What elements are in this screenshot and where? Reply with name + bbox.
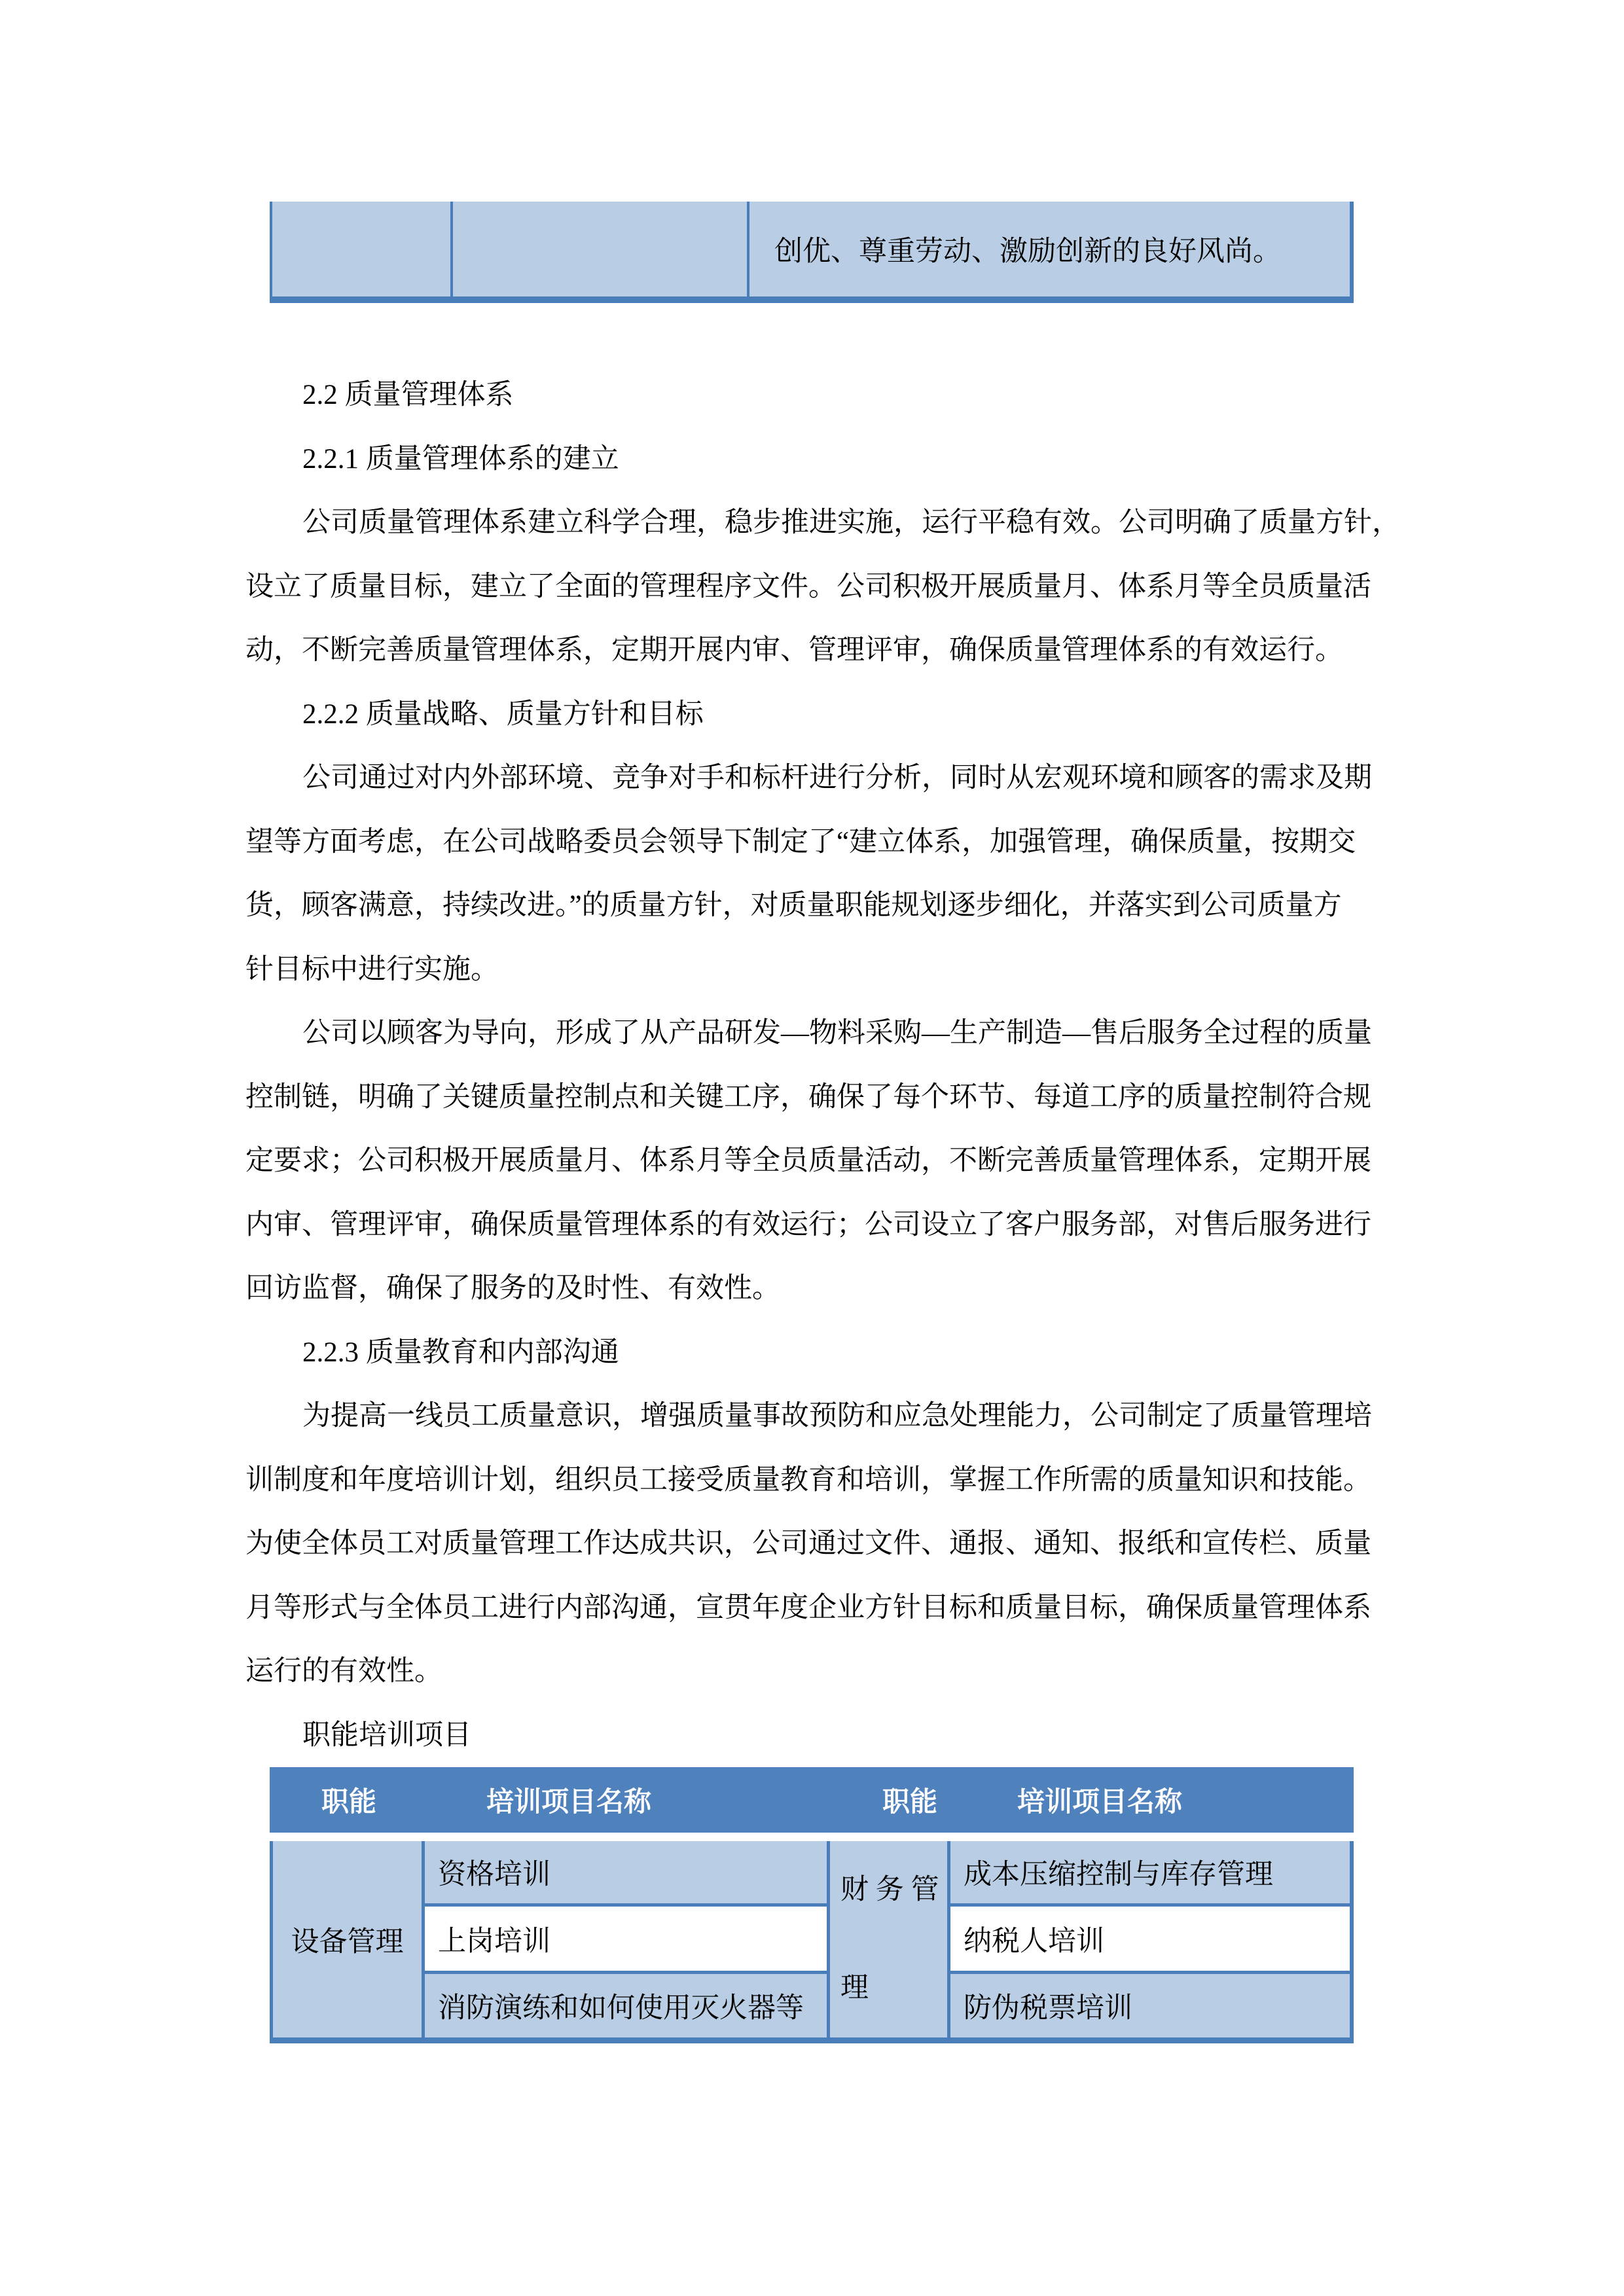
paragraph-line: 公司质量管理体系建立科学合理，稳步推进实施，运行平稳有效。公司明确了质量方针， [245,491,1398,555]
header-body-gap [270,1833,1354,1841]
function-label: 设备管理 [291,1920,404,1960]
table-caption: 职能培训项目 [245,1704,1398,1768]
function-label-line: 财 务 管 [840,1841,939,1939]
continued-table: 创优、尊重劳动、激励创新的良好风尚。 [270,202,1354,303]
paragraph-line: 公司通过对内外部环境、竞争对手和标杆进行分析，同时从宏观环境和顾客的需求及期 [245,746,1398,810]
training-item: 消防演练和如何使用灭火器等 [438,1986,804,2026]
training-table: 职能 培训项目名称 职能 培训项目名称 设备管理 资格培训 财 务 管 理 成本… [270,1767,1354,2043]
paragraph-line: 设立了质量目标，建立了全面的管理程序文件。公司积极开展质量月、体系月等全员质量活 [245,555,1398,619]
table-cell: 成本压缩控制与库存管理 [950,1841,1350,1903]
training-item: 成本压缩控制与库存管理 [964,1852,1273,1892]
paragraph-line: 月等形式与全体员工进行内部沟通，宣贯年度企业方针目标和质量目标，确保质量管理体系 [245,1576,1398,1640]
body-text: 2.2 质量管理体系 2.2.1 质量管理体系的建立 公司质量管理体系建立科学合… [245,363,1398,1767]
training-table-body: 设备管理 资格培训 财 务 管 理 成本压缩控制与库存管理 上岗培训 纳税人培训… [270,1841,1354,2043]
table-cell: 纳税人培训 [950,1907,1350,1971]
continued-table-cell-text: 创优、尊重劳动、激励创新的良好风尚。 [749,202,1350,296]
paragraph-line: 内审、管理评审，确保质量管理体系的有效运行；公司设立了客户服务部，对售后服务进行 [245,1193,1398,1257]
header-function-2: 职能 [882,1780,937,1820]
paragraph-line: 定要求；公司积极开展质量月、体系月等全员质量活动，不断完善质量管理体系，定期开展 [245,1129,1398,1193]
training-table-header: 职能 培训项目名称 职能 培训项目名称 [270,1767,1354,1833]
continued-table-cell-empty-2 [453,202,747,296]
function-cell-equipment: 设备管理 [273,1841,422,2037]
paragraph-line: 训制度和年度培训计划，组织员工接受质量教育和培训，掌握工作所需的质量知识和技能。 [245,1448,1398,1513]
header-project-name-2: 培训项目名称 [1017,1780,1182,1820]
table-cell: 上岗培训 [425,1907,827,1971]
training-item: 防伪税票培训 [964,1986,1132,2026]
paragraph-line: 控制链，明确了关键质量控制点和关键工序，确保了每个环节、每道工序的质量控制符合规 [245,1066,1398,1130]
paragraph-line: 回访监督，确保了服务的及时性、有效性。 [245,1257,1398,1321]
table-cell: 资格培训 [425,1841,827,1903]
header-project-name-1: 培训项目名称 [486,1780,651,1820]
paragraph-line: 动，不断完善质量管理体系，定期开展内审、管理评审，确保质量管理体系的有效运行。 [245,619,1398,683]
heading-2-2-3: 2.2.3 质量教育和内部沟通 [245,1321,1398,1385]
paragraph-line: 为使全体员工对质量管理工作达成共识，公司通过文件、通报、通知、报纸和宣传栏、质量 [245,1512,1398,1576]
paragraph-line: 公司以顾客为导向，形成了从产品研发—物料采购—生产制造—售后服务全过程的质量 [245,1001,1398,1066]
training-item: 上岗培训 [438,1919,550,1959]
function-label-line: 理 [840,1939,869,2037]
paragraph-line: 望等方面考虑，在公司战略委员会领导下制定了“建立体系，加强管理，确保质量，按期交 [245,810,1398,874]
continued-table-cell-empty-1 [272,202,450,296]
paragraph-line: 运行的有效性。 [245,1640,1398,1704]
heading-2-2-2: 2.2.2 质量战略、质量方针和目标 [245,683,1398,747]
table-cell: 消防演练和如何使用灭火器等 [425,1974,827,2037]
function-cell-finance: 财 务 管 理 [830,1841,947,2037]
paragraph-line: 针目标中进行实施。 [245,938,1398,1002]
heading-2-2-1: 2.2.1 质量管理体系的建立 [245,427,1398,492]
training-item: 纳税人培训 [964,1919,1104,1959]
table-cell: 防伪税票培训 [950,1974,1350,2037]
paragraph-line: 为提高一线员工质量意识，增强质量事故预防和应急处理能力，公司制定了质量管理培 [245,1384,1398,1448]
continued-table-text: 创优、尊重劳动、激励创新的良好风尚。 [774,229,1281,269]
training-item: 资格培训 [438,1852,550,1892]
header-function-1: 职能 [321,1780,376,1820]
heading-2-2: 2.2 质量管理体系 [245,363,1398,427]
document-page: 创优、尊重劳动、激励创新的良好风尚。 2.2 质量管理体系 2.2.1 质量管理… [0,0,1624,2296]
paragraph-line: 货，顾客满意，持续改进。”的质量方针，对质量职能规划逐步细化，并落实到公司质量方 [245,874,1398,938]
